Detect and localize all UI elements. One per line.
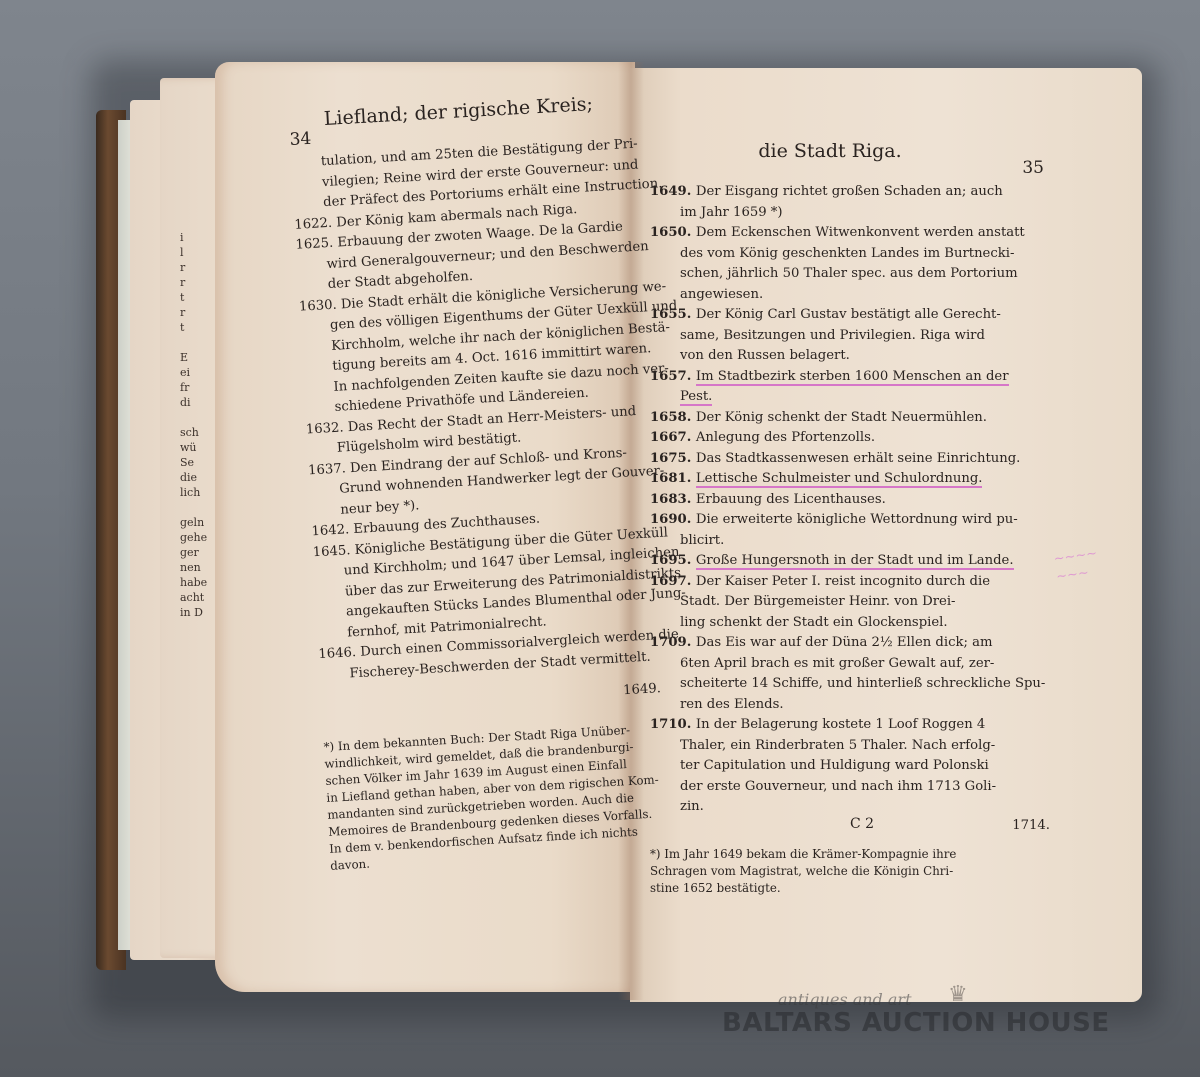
chronology-entry: 1657. Im Stadtbezirk sterben 1600 Mensch… <box>650 367 1045 408</box>
footnote-line: stine 1652 bestätigte. <box>650 880 1050 897</box>
entry-text: ren des Elends. <box>680 697 784 712</box>
watermark-title: BALTARS AUCTION HOUSE <box>722 1008 1110 1038</box>
entry-text: Der Eisgang richtet großen Schaden an; a… <box>696 184 1003 199</box>
entry-text: same, Besitzungen und Privilegien. Riga … <box>680 328 985 343</box>
previous-page-fragments: ilrrtrt Eeifrdi schwüSedielich gelngeheg… <box>180 230 220 620</box>
footnote-line: *) Im Jahr 1649 bekam die Krämer-Kompagn… <box>650 846 1050 863</box>
entry-year: 1649. <box>650 184 696 199</box>
entry-text: blicirt. <box>680 533 724 548</box>
entry-year: 1658. <box>650 410 696 425</box>
entry-text: Dem Eckenschen Witwenkonvent werden anst… <box>696 225 1025 240</box>
chronology-entry: 1709. Das Eis war auf der Düna 2½ Ellen … <box>650 633 1045 715</box>
right-body: 1649. Der Eisgang richtet großen Schaden… <box>650 182 1045 818</box>
highlighted-text: Große Hungersnoth in der Stadt und im La… <box>696 553 1014 570</box>
entry-text: schen, jährlich 50 Thaler spec. aus dem … <box>680 266 1018 281</box>
entry-text: Das Eis war auf der Düna 2½ Ellen dick; … <box>696 635 993 650</box>
crown-icon: ♛ <box>948 982 968 1007</box>
entry-text: zin. <box>680 799 704 814</box>
chronology-entry: 1710. In der Belagerung kostete 1 Loof R… <box>650 715 1045 818</box>
highlighted-text: Pest. <box>680 389 712 406</box>
chronology-entry: 1695. Große Hungersnoth in der Stadt und… <box>650 551 1045 572</box>
chronology-entry: 1675. Das Stadtkassenwesen erhält seine … <box>650 449 1045 470</box>
page-number: 35 <box>1022 158 1044 178</box>
entry-year: 1667. <box>650 430 696 445</box>
entry-year: 1650. <box>650 225 696 240</box>
entry-year: 1655. <box>650 307 696 322</box>
entry-text: In der Belagerung kostete 1 Loof Roggen … <box>696 717 985 732</box>
entry-year: 1690. <box>650 512 696 527</box>
left-body: tulation, und am 25ten die Bestätigung d… <box>290 135 659 686</box>
page-number: 34 <box>289 129 312 150</box>
chronology-entry: 1683. Erbauung des Licenthauses. <box>650 490 1045 511</box>
entry-text: Stadt. Der Bürgemeister Heinr. von Drei- <box>680 594 956 609</box>
entry-text: 6ten April brach es mit großer Gewalt au… <box>680 656 994 671</box>
entry-text: ter Capitulation und Huldigung ward Polo… <box>680 758 989 773</box>
entry-text: scheiterte 14 Schiffe, und hinterließ sc… <box>680 676 1045 691</box>
entry-text: Erbauung des Licenthauses. <box>696 492 886 507</box>
catchword: 1649. <box>321 679 662 718</box>
catchword: 1714. <box>1012 816 1050 837</box>
entry-year: 1710. <box>650 717 696 732</box>
entry-year: 1681. <box>650 471 696 486</box>
entry-text: angewiesen. <box>680 287 763 302</box>
chronology-entry: 1667. Anlegung des Pfortenzolls. <box>650 428 1045 449</box>
right-footnote: *) Im Jahr 1649 bekam die Krämer-Kompagn… <box>650 846 1050 897</box>
right-page-footer: C 2 1714. *) Im Jahr 1649 bekam die Kräm… <box>650 816 1050 897</box>
entry-year: 1695. <box>650 553 696 568</box>
signature-mark: C 2 <box>850 816 874 832</box>
chronology-entry: 1650. Dem Eckenschen Witwenkonvent werde… <box>650 223 1045 305</box>
chronology-entry: 1649. Der Eisgang richtet großen Schaden… <box>650 182 1045 223</box>
left-page-text: 34 Liefland; der rigische Kreis; tulatio… <box>288 91 670 874</box>
entry-text: Thaler, ein Rinderbraten 5 Thaler. Nach … <box>680 738 995 753</box>
footnote-line: Schragen vom Magistrat, welche die König… <box>650 863 1050 880</box>
entry-year: 1709. <box>650 635 696 650</box>
entry-text: im Jahr 1659 *) <box>680 205 783 220</box>
entry-year: 1657. <box>650 369 696 384</box>
entry-year: 1683. <box>650 492 696 507</box>
entry-text: des vom König geschenkten Landes im Burt… <box>680 246 1014 261</box>
entry-text: Der König Carl Gustav bestätigt alle Ger… <box>696 307 1001 322</box>
entry-text: ling schenkt der Stadt ein Glockenspiel. <box>680 615 948 630</box>
entry-text: Die erweiterte königliche Wettordnung wi… <box>696 512 1018 527</box>
watermark-subtitle: antiques and art <box>778 990 912 1009</box>
entry-year: 1675. <box>650 451 696 466</box>
entry-text: Der König schenkt der Stadt Neuermühlen. <box>696 410 987 425</box>
highlighted-text: Lettische Schulmeister und Schulordnung. <box>696 471 983 488</box>
chronology-entry: 1655. Der König Carl Gustav bestätigt al… <box>650 305 1045 367</box>
highlighted-text: Im Stadtbezirk sterben 1600 Menschen an … <box>696 369 1009 386</box>
handwritten-margin-note: ~~~~~~~ <box>1053 545 1101 587</box>
right-page-header: die Stadt Riga. 35 <box>650 140 1050 164</box>
entry-text: von den Russen belagert. <box>680 348 850 363</box>
left-footnote: *) In dem bekannten Buch: Der Stadt Riga… <box>323 720 670 875</box>
entry-text: Anlegung des Pfortenzolls. <box>696 430 875 445</box>
entry-text: der erste Gouverneur, und nach ihm 1713 … <box>680 779 996 794</box>
chronology-entry: 1681. Lettische Schulmeister und Schulor… <box>650 469 1045 490</box>
running-head: die Stadt Riga. <box>650 140 1010 162</box>
chronology-entry: 1658. Der König schenkt der Stadt Neuerm… <box>650 408 1045 429</box>
chronology-entry: 1690. Die erweiterte königliche Wettordn… <box>650 510 1045 551</box>
entry-text: Das Stadtkassenwesen erhält seine Einric… <box>696 451 1020 466</box>
entry-text: Der Kaiser Peter I. reist incognito durc… <box>696 574 990 589</box>
chronology-entry: 1697. Der Kaiser Peter I. reist incognit… <box>650 572 1045 634</box>
entry-year: 1697. <box>650 574 696 589</box>
